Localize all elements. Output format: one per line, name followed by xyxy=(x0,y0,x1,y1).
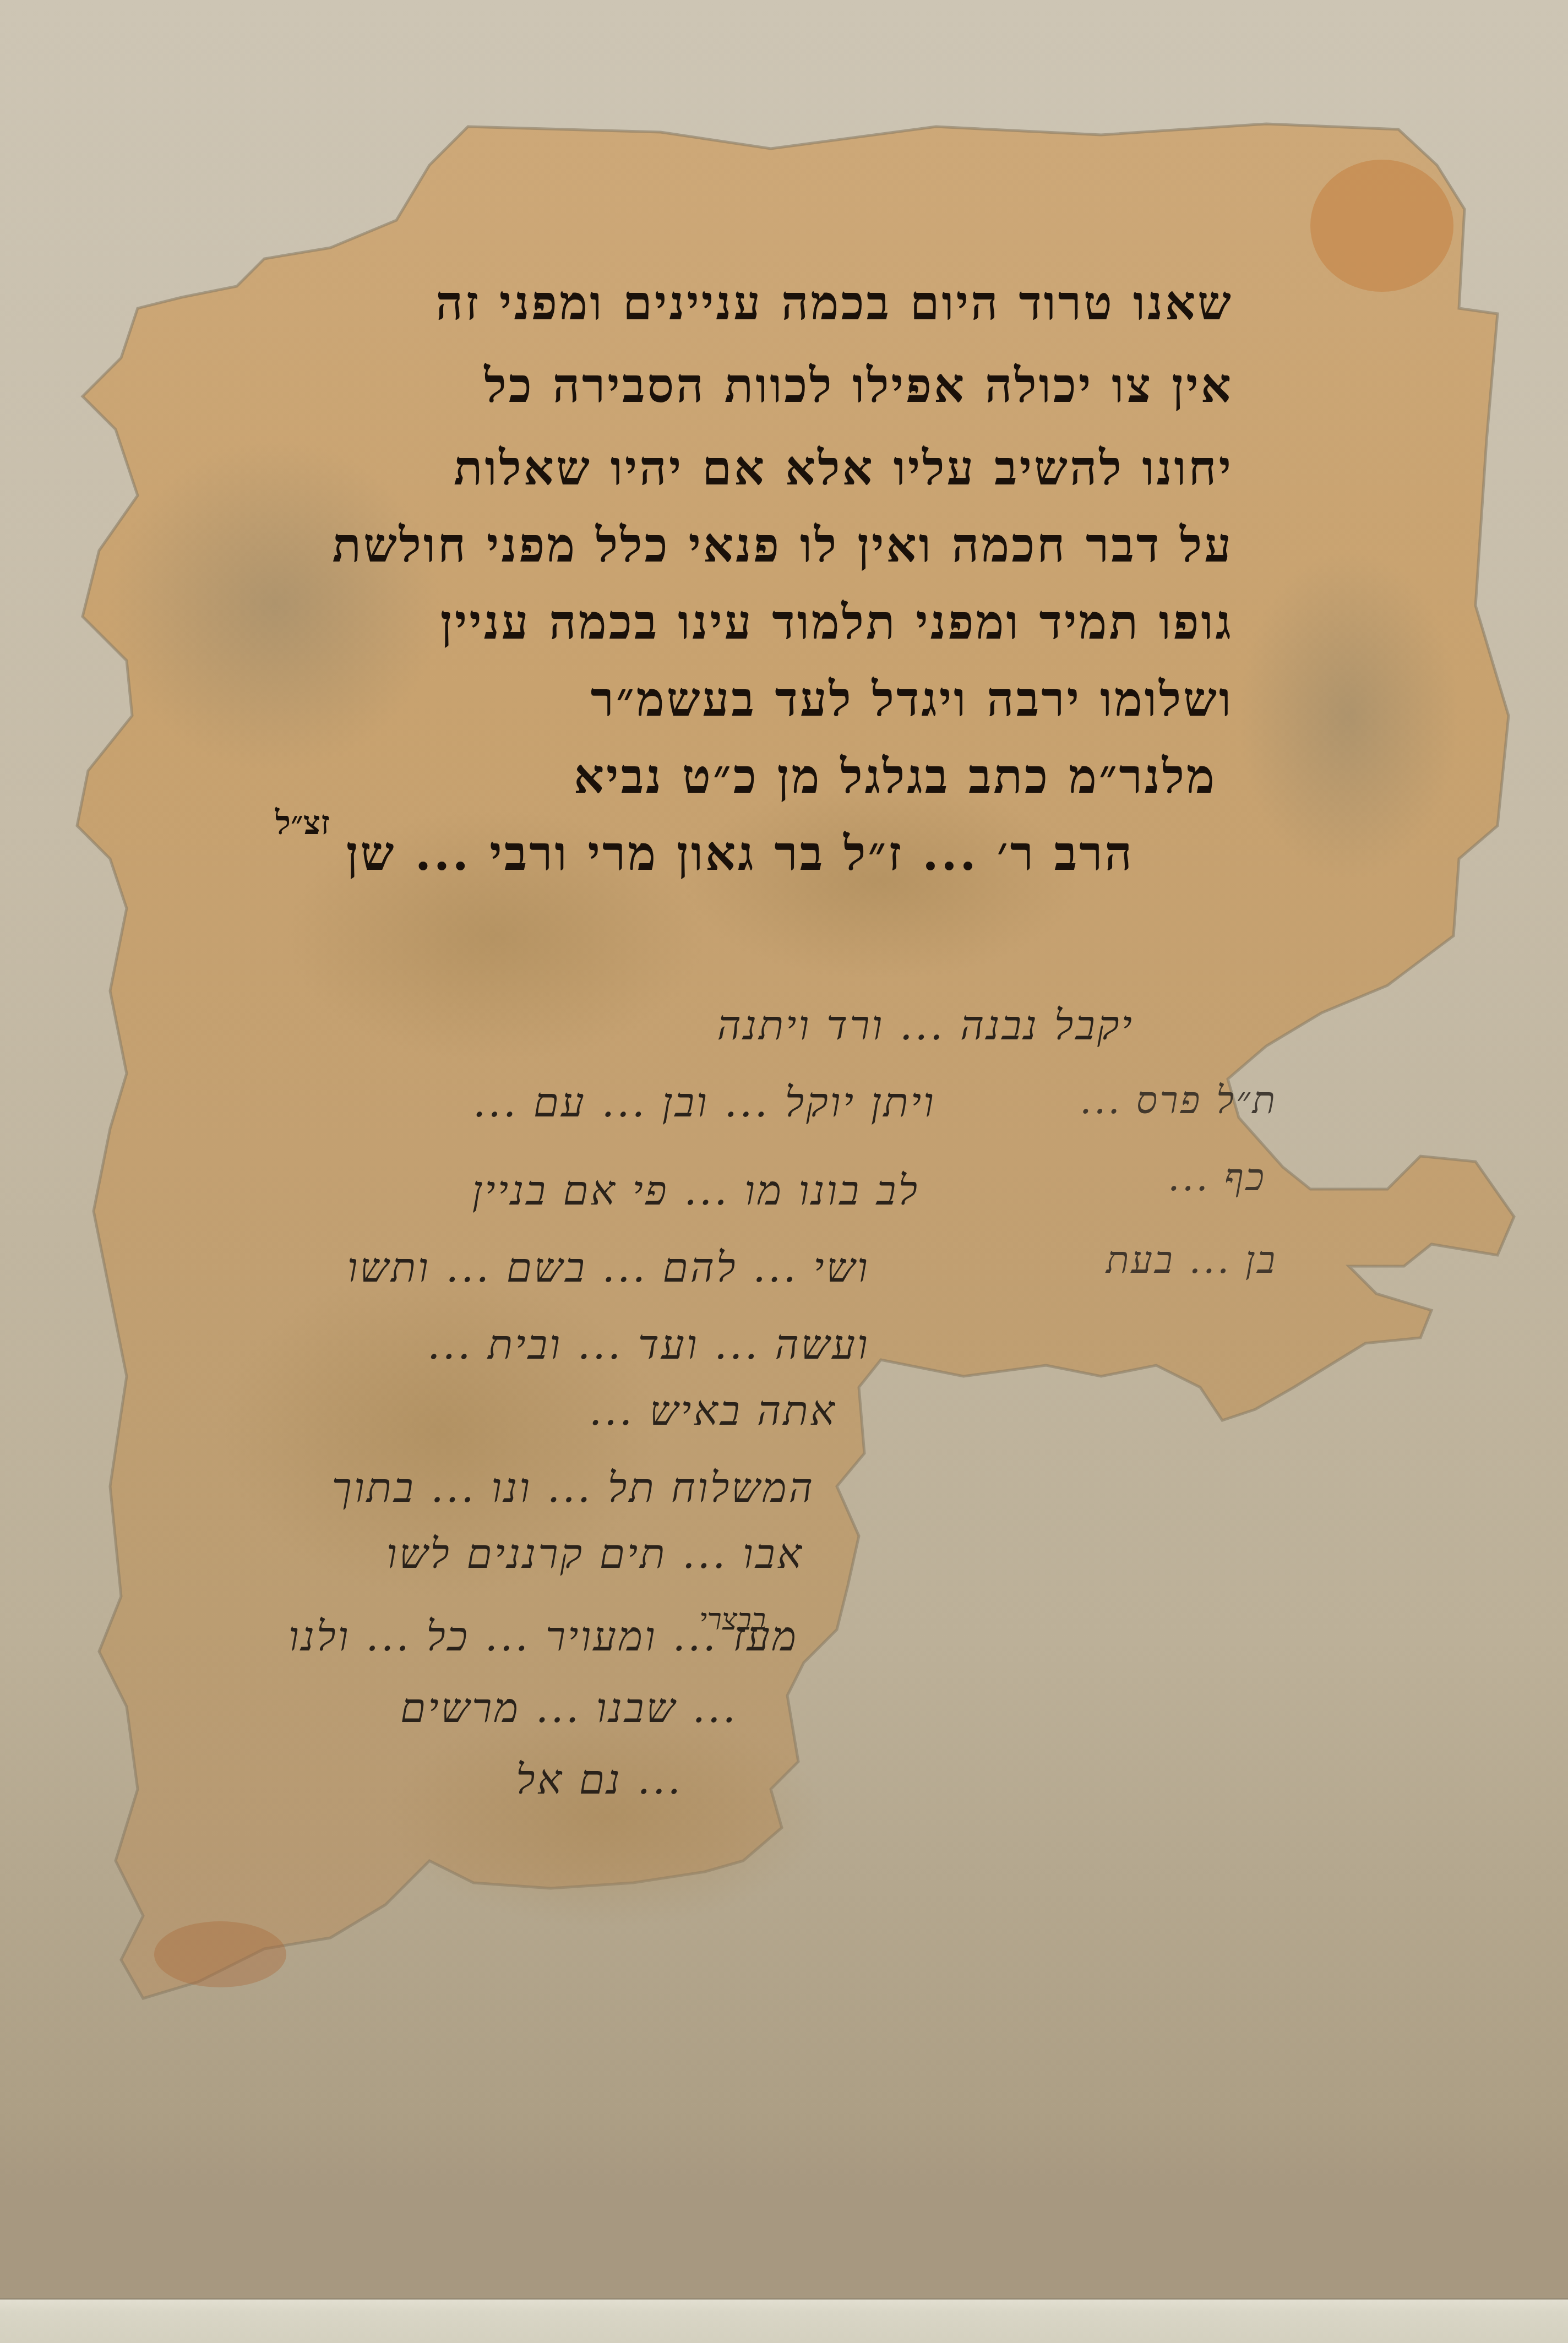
cursive-top-right-note: בבצרי xyxy=(699,1602,766,1637)
side-note-line: בן ... בעת xyxy=(1106,1239,1277,1282)
cursive-text-line: ועשה ... ועד ... ובית ... xyxy=(427,1321,870,1369)
margin-note: זצ״ל xyxy=(275,804,330,842)
side-note-line: כף ... xyxy=(1168,1156,1266,1200)
main-text-line: יחונו להשיב עליו אלא אם יהיו שאלות xyxy=(454,440,1233,496)
cursive-text-line: ויתן יוקל ... ובן ... עם ... xyxy=(473,1079,936,1127)
main-text-line: הרב ר׳ ... ז״ל בר גאון מרי ורבי ... שן xyxy=(346,826,1134,881)
cursive-text-line: ... נם אל xyxy=(516,1756,683,1804)
main-text-line: מלנר״מ כתב בגלגל מן כ״ט נביא xyxy=(574,749,1217,804)
cursive-text-line: לב בונו מו ... פי אם בניין xyxy=(472,1167,919,1215)
cursive-text-line: ושי ... להם ... בשם ... ותשו xyxy=(347,1244,870,1292)
side-note-line: ת״ל פרס ... xyxy=(1080,1079,1277,1123)
main-text-line: אין צו יכולה אפילו לכוות הסבירה כל xyxy=(484,358,1233,413)
main-text-line: על דבר חכמה ואין לו פנאי כלל מפני חולשת xyxy=(332,517,1233,573)
cursive-text-line: אבו ... תים קרננים לשו xyxy=(386,1530,804,1578)
side-notes-block: ת״ל פרס ... כף ... בן ... בעת xyxy=(1002,1079,1277,1354)
cursive-text-line: ... שבנו ... מרשים xyxy=(400,1685,738,1732)
main-text-line: ושלומו ירבה ויגדל לעד בעשמ״ר xyxy=(591,672,1233,727)
cursive-text-line: המשלוח תל ... ונו ... בתוך xyxy=(332,1464,815,1512)
main-text-line: שאנו טרוד היום בכמה עניינים ומפני זה xyxy=(435,275,1233,331)
cursive-text-line: יקבל נבנה ... ורד ויתנה xyxy=(717,1002,1134,1050)
main-text-line: גופו תמיד ומפני תלמוד עינו בכמה עניין xyxy=(440,595,1233,650)
cursive-text-line: אתה באיש ... xyxy=(589,1387,837,1435)
main-text-block: שאנו טרוד היום בכמה עניינים ומפני זה אין… xyxy=(341,275,1233,908)
